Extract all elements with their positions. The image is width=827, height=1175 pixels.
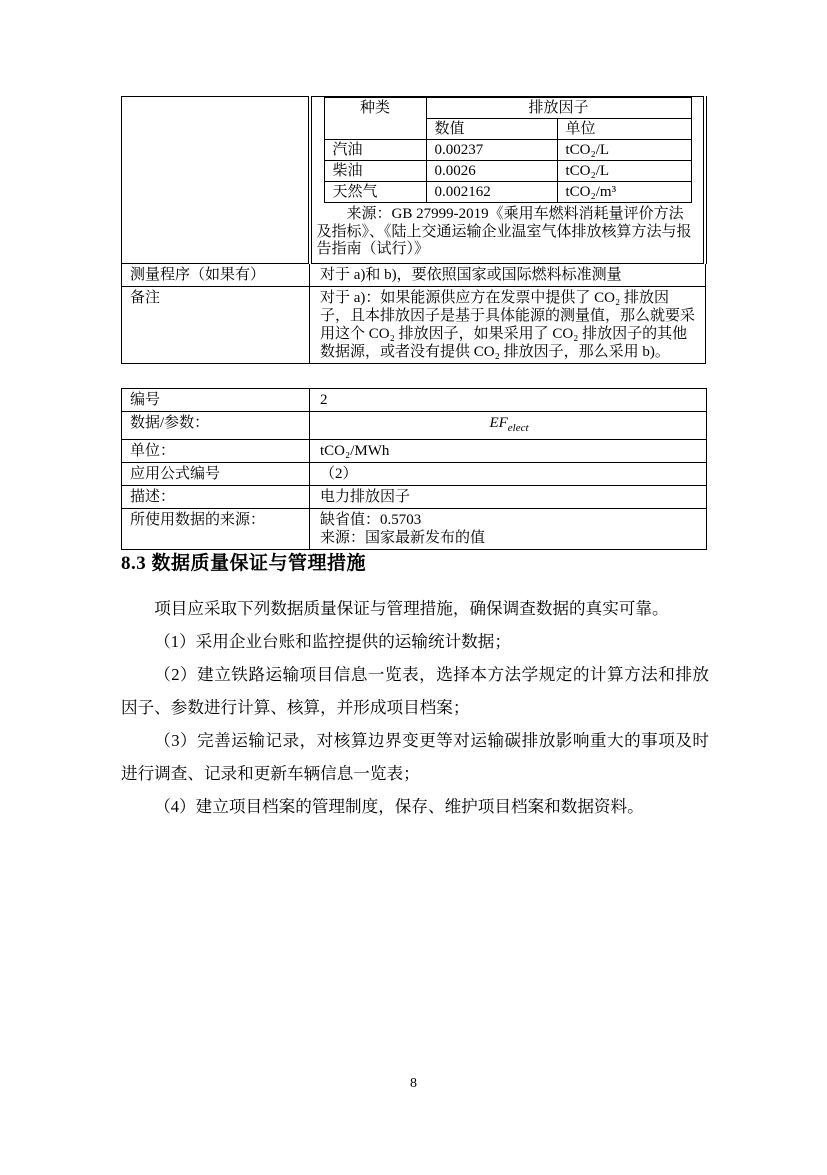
section-body: 项目应采取下列数据质量保证与管理措施，确保调查数据的真实可靠。 （1）采用企业台… [121, 592, 709, 823]
table-row: 单位： tCO₂/MWh [122, 440, 707, 463]
fuel-type: 天然气 [324, 182, 426, 203]
number-value: 2 [310, 389, 707, 412]
table-row: 种类 排放因子 [324, 98, 691, 119]
table-row: 应用公式编号 （2） [122, 463, 707, 486]
fuel-header-type: 种类 [324, 98, 426, 140]
page-number: 8 [0, 1076, 827, 1092]
table-row: 备注 对于 a)：如果能源供应方在发票中提供了 CO₂ 排放因子，且本排放因子是… [122, 286, 706, 363]
fuel-factor-cell: 种类 排放因子 数值 单位 汽油 0.00237 tCO₂/L 柴油 0.0 [310, 97, 706, 264]
fuel-unit: tCO₂/L [557, 140, 691, 161]
fuel-unit: tCO₂/L [557, 161, 691, 182]
fuel-value: 0.00237 [426, 140, 557, 161]
table-row: 编号 2 [122, 389, 707, 412]
description-value: 电力排放因子 [310, 486, 707, 509]
paragraph-item-1: （1）采用企业台账和监控提供的运输统计数据； [121, 625, 709, 658]
fuel-header-unit: 单位 [557, 119, 691, 140]
measurement-procedure-value: 对于 a)和 b)，要依照国家或国际燃料标准测量 [310, 263, 706, 286]
table-row: 天然气 0.002162 tCO₂/m³ [324, 182, 691, 203]
fuel-unit: tCO₂/m³ [557, 182, 691, 203]
paragraph-intro: 项目应采取下列数据质量保证与管理措施，确保调查数据的真实可靠。 [121, 592, 709, 625]
fuel-type: 柴油 [324, 161, 426, 182]
parameter-table-1: 种类 排放因子 数值 单位 汽油 0.00237 tCO₂/L 柴油 0.0 [121, 96, 707, 364]
fuel-header-value: 数值 [426, 119, 557, 140]
row-label-data-source: 所使用数据的来源： [122, 509, 310, 550]
row-label-unit: 单位： [122, 440, 310, 463]
table-row: 所使用数据的来源： 缺省值：0.5703 来源：国家最新发布的值 [122, 509, 707, 550]
parameter-symbol: EFelect [310, 412, 707, 440]
parameter-symbol-subscript: elect [508, 422, 529, 434]
table-row: 柴油 0.0026 tCO₂/L [324, 161, 691, 182]
table-row: 测量程序（如果有） 对于 a)和 b)，要依照国家或国际燃料标准测量 [122, 263, 706, 286]
fuel-value: 0.0026 [426, 161, 557, 182]
parameter-symbol-main: EF [489, 415, 507, 431]
fuel-emission-factor-table: 种类 排放因子 数值 单位 汽油 0.00237 tCO₂/L 柴油 0.0 [324, 97, 692, 203]
formula-number-value: （2） [310, 463, 707, 486]
row-label-remarks: 备注 [122, 286, 310, 363]
fuel-header-factor: 排放因子 [426, 98, 691, 119]
parameter-table-2: 编号 2 数据/参数： EFelect 单位： tCO₂/MWh 应用公式编号 … [121, 388, 707, 550]
row-label-number: 编号 [122, 389, 310, 412]
paragraph-item-2: （2）建立铁路运输项目信息一览表，选择本方法学规定的计算方法和排放因子、参数进行… [121, 658, 709, 724]
row-label-measurement-procedure: 测量程序（如果有） [122, 263, 310, 286]
unit-value: tCO₂/MWh [310, 440, 707, 463]
table-row: 数据/参数： EFelect [122, 412, 707, 440]
row-label-formula-number: 应用公式编号 [122, 463, 310, 486]
data-source-value: 缺省值：0.5703 来源：国家最新发布的值 [310, 509, 707, 550]
empty-label-cell [122, 97, 310, 264]
table-row: 描述： 电力排放因子 [122, 486, 707, 509]
remarks-value: 对于 a)：如果能源供应方在发票中提供了 CO₂ 排放因子，且本排放因子是基于具… [310, 286, 706, 363]
row-label-data-parameter: 数据/参数： [122, 412, 310, 440]
fuel-value: 0.002162 [426, 182, 557, 203]
table-row: 汽油 0.00237 tCO₂/L [324, 140, 691, 161]
data-source-default-value: 缺省值：0.5703 [320, 511, 698, 529]
data-source-origin: 来源：国家最新发布的值 [320, 529, 698, 547]
fuel-type: 汽油 [324, 140, 426, 161]
paragraph-item-3: （3）完善运输记录，对核算边界变更等对运输碳排放影响重大的事项及时进行调查、记录… [121, 724, 709, 790]
row-label-description: 描述： [122, 486, 310, 509]
document-page: 种类 排放因子 数值 单位 汽油 0.00237 tCO₂/L 柴油 0.0 [0, 0, 827, 1175]
table-row: 种类 排放因子 数值 单位 汽油 0.00237 tCO₂/L 柴油 0.0 [122, 97, 706, 264]
paragraph-item-4: （4）建立项目档案的管理制度，保存、维护项目档案和数据资料。 [121, 790, 709, 823]
section-heading: 8.3 数据质量保证与管理措施 [121, 552, 366, 576]
source-note: 来源：GB 27999-2019《乘用车燃料消耗量评价方法及指标》、《陆上交通运… [317, 206, 696, 259]
